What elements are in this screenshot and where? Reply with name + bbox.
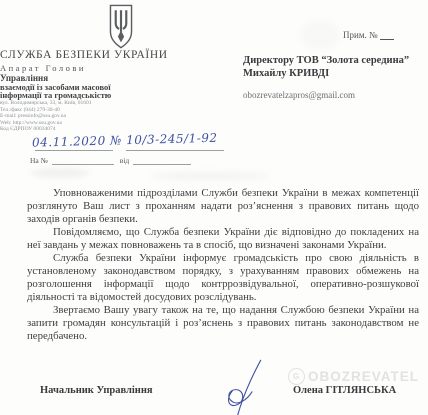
org-division-line3: інформації та громадськістю xyxy=(0,90,242,100)
body-paragraph: Повідомляємо, що Служба безпеки України … xyxy=(27,226,419,252)
handwritten-ref-number: 04.11.2020 № 10/3-245/1-92 xyxy=(32,130,232,149)
letter-body: Уповноваженими підрозділами Служби безпе… xyxy=(27,187,419,343)
address-line: E-mail: pressinfo@ssu.gov.ua xyxy=(0,113,242,120)
trident-emblem-icon xyxy=(104,4,138,50)
copy-number-line: Прим. № xyxy=(343,30,394,40)
obozrevatel-watermark: G OBOZREVATEL xyxy=(288,368,419,385)
vid-blank-line xyxy=(133,156,191,165)
prim-label: Прим. № xyxy=(343,30,378,40)
obozrevatel-watermark-text: OBOZREVATEL xyxy=(308,369,419,384)
recipient-name: Михайлу КРИВДІ xyxy=(243,68,423,79)
recipient-title: Директору ТОВ “Золота середина” xyxy=(243,55,423,66)
address-line: вул. Володимирська, 33, м. Київ, 01601 xyxy=(0,100,242,107)
ref-date-blank-line xyxy=(35,150,113,151)
ref-number-blank-line xyxy=(126,150,224,151)
scan-smudge xyxy=(300,20,340,50)
na-no-label: На № xyxy=(30,156,48,165)
body-paragraph: Звертаємо Вашу увагу також на те, що над… xyxy=(27,304,419,343)
na-no-blank-line xyxy=(52,156,114,165)
outgoing-ref-area: 04.11.2020 № 10/3-245/1-92 xyxy=(30,133,230,155)
vid-label: від xyxy=(120,156,129,165)
prim-blank-line xyxy=(380,30,394,40)
scan-smudge xyxy=(150,172,270,180)
incoming-ref-line: На №від xyxy=(30,156,230,165)
body-paragraph: Служба безпеки України інформує громадсь… xyxy=(27,252,419,304)
scan-smudge xyxy=(30,168,90,178)
obozrevatel-logo-icon: G xyxy=(288,368,305,385)
scanned-letter-page: СЛУЖБА БЕЗПЕКИ УКРАЇНИ Апарат Голови Упр… xyxy=(0,0,428,415)
recipient-email: obozrevatelzapros@gmail.com xyxy=(243,90,423,100)
signer-position-title: Начальник Управління xyxy=(40,385,153,396)
signer-name: Олена ГІТЛЯНСЬКА xyxy=(293,385,396,396)
body-paragraph: Уповноваженими підрозділами Служби безпе… xyxy=(27,187,419,226)
org-address-block: вул. Володимирська, 33, м. Київ, 01601 Т… xyxy=(0,100,242,133)
org-name: СЛУЖБА БЕЗПЕКИ УКРАЇНИ xyxy=(0,49,242,61)
handwritten-signature-icon xyxy=(220,358,272,415)
address-line: Web: http://www.ssu.gov.ua xyxy=(0,120,242,127)
org-department: Апарат Голови xyxy=(0,63,242,73)
